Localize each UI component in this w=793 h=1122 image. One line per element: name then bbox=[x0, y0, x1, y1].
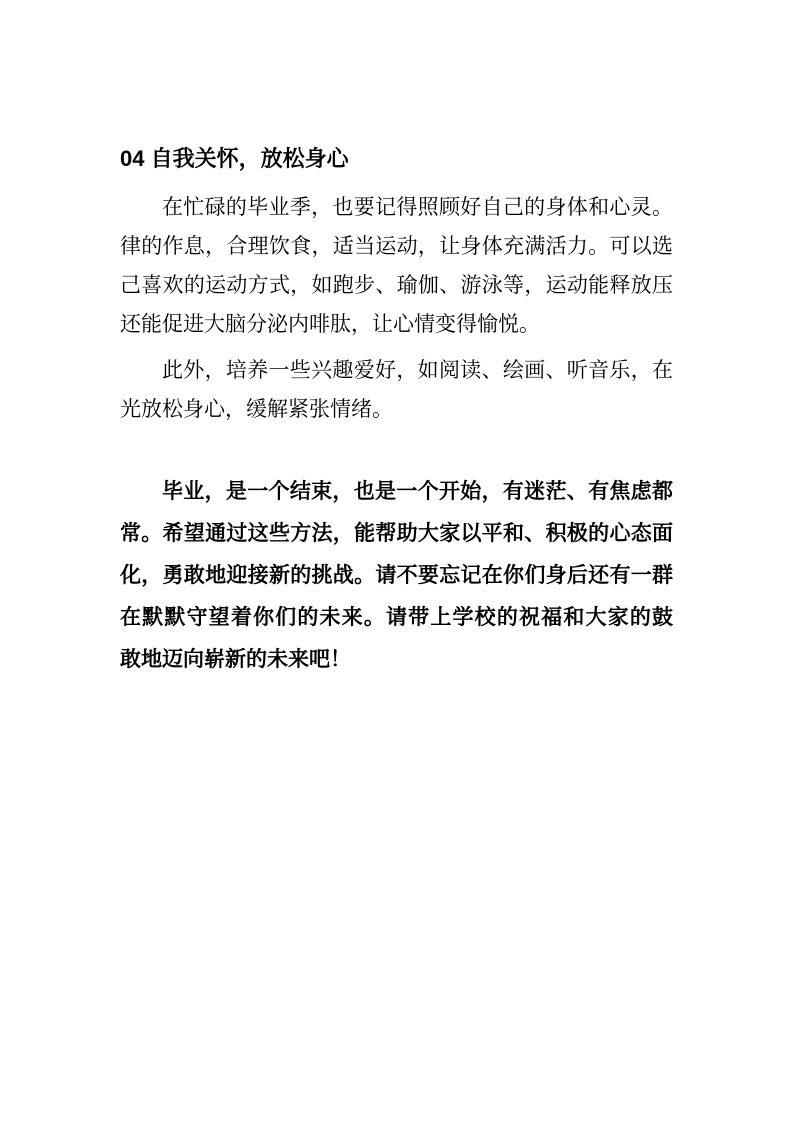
text-line: 光放松身心，缓解紧张情绪。 bbox=[120, 390, 673, 429]
text-line: 此外，培养一些兴趣爱好，如阅读、绘画、听音乐，在闲暇时 bbox=[120, 351, 673, 390]
text-line: 敢地迈向崭新的未来吧！ bbox=[120, 638, 673, 680]
text-line: 毕业，是一个结束，也是一个开始，有迷茫、有焦虑都很正 bbox=[120, 470, 673, 512]
paragraph-hobbies: 此外，培养一些兴趣爱好，如阅读、绘画、听音乐，在闲暇时 光放松身心，缓解紧张情绪… bbox=[120, 351, 673, 429]
text-line: 化，勇敢地迎接新的挑战。请不要忘记在你们身后还有一群人， bbox=[120, 554, 673, 596]
paragraph-self-care: 在忙碌的毕业季，也要记得照顾好自己的身体和心灵。保持规 律的作息，合理饮食，适当… bbox=[120, 188, 673, 344]
text-line: 在默默守望着你们的未来。请带上学校的祝福和大家的鼓励，勇 bbox=[120, 596, 673, 638]
text-line: 律的作息，合理饮食，适当运动，让身体充满活力。可以选择自 bbox=[120, 227, 673, 266]
document-content: 04 自我关怀，放松身心 在忙碌的毕业季，也要记得照顾好自己的身体和心灵。保持规… bbox=[120, 145, 673, 680]
text-line: 己喜欢的运动方式，如跑步、瑜伽、游泳等，运动能释放压力， bbox=[120, 266, 673, 305]
text-line: 还能促进大脑分泌内啡肽，让心情变得愉悦。 bbox=[120, 305, 673, 344]
section-heading: 04 自我关怀，放松身心 bbox=[120, 145, 673, 173]
text-line: 常。希望通过这些方法，能帮助大家以平和、积极的心态面对变 bbox=[120, 512, 673, 554]
text-line: 在忙碌的毕业季，也要记得照顾好自己的身体和心灵。保持规 bbox=[120, 188, 673, 227]
paragraph-closing-bold: 毕业，是一个结束，也是一个开始，有迷茫、有焦虑都很正 常。希望通过这些方法，能帮… bbox=[120, 470, 673, 680]
document-page: 04 自我关怀，放松身心 在忙碌的毕业季，也要记得照顾好自己的身体和心灵。保持规… bbox=[0, 0, 793, 1122]
